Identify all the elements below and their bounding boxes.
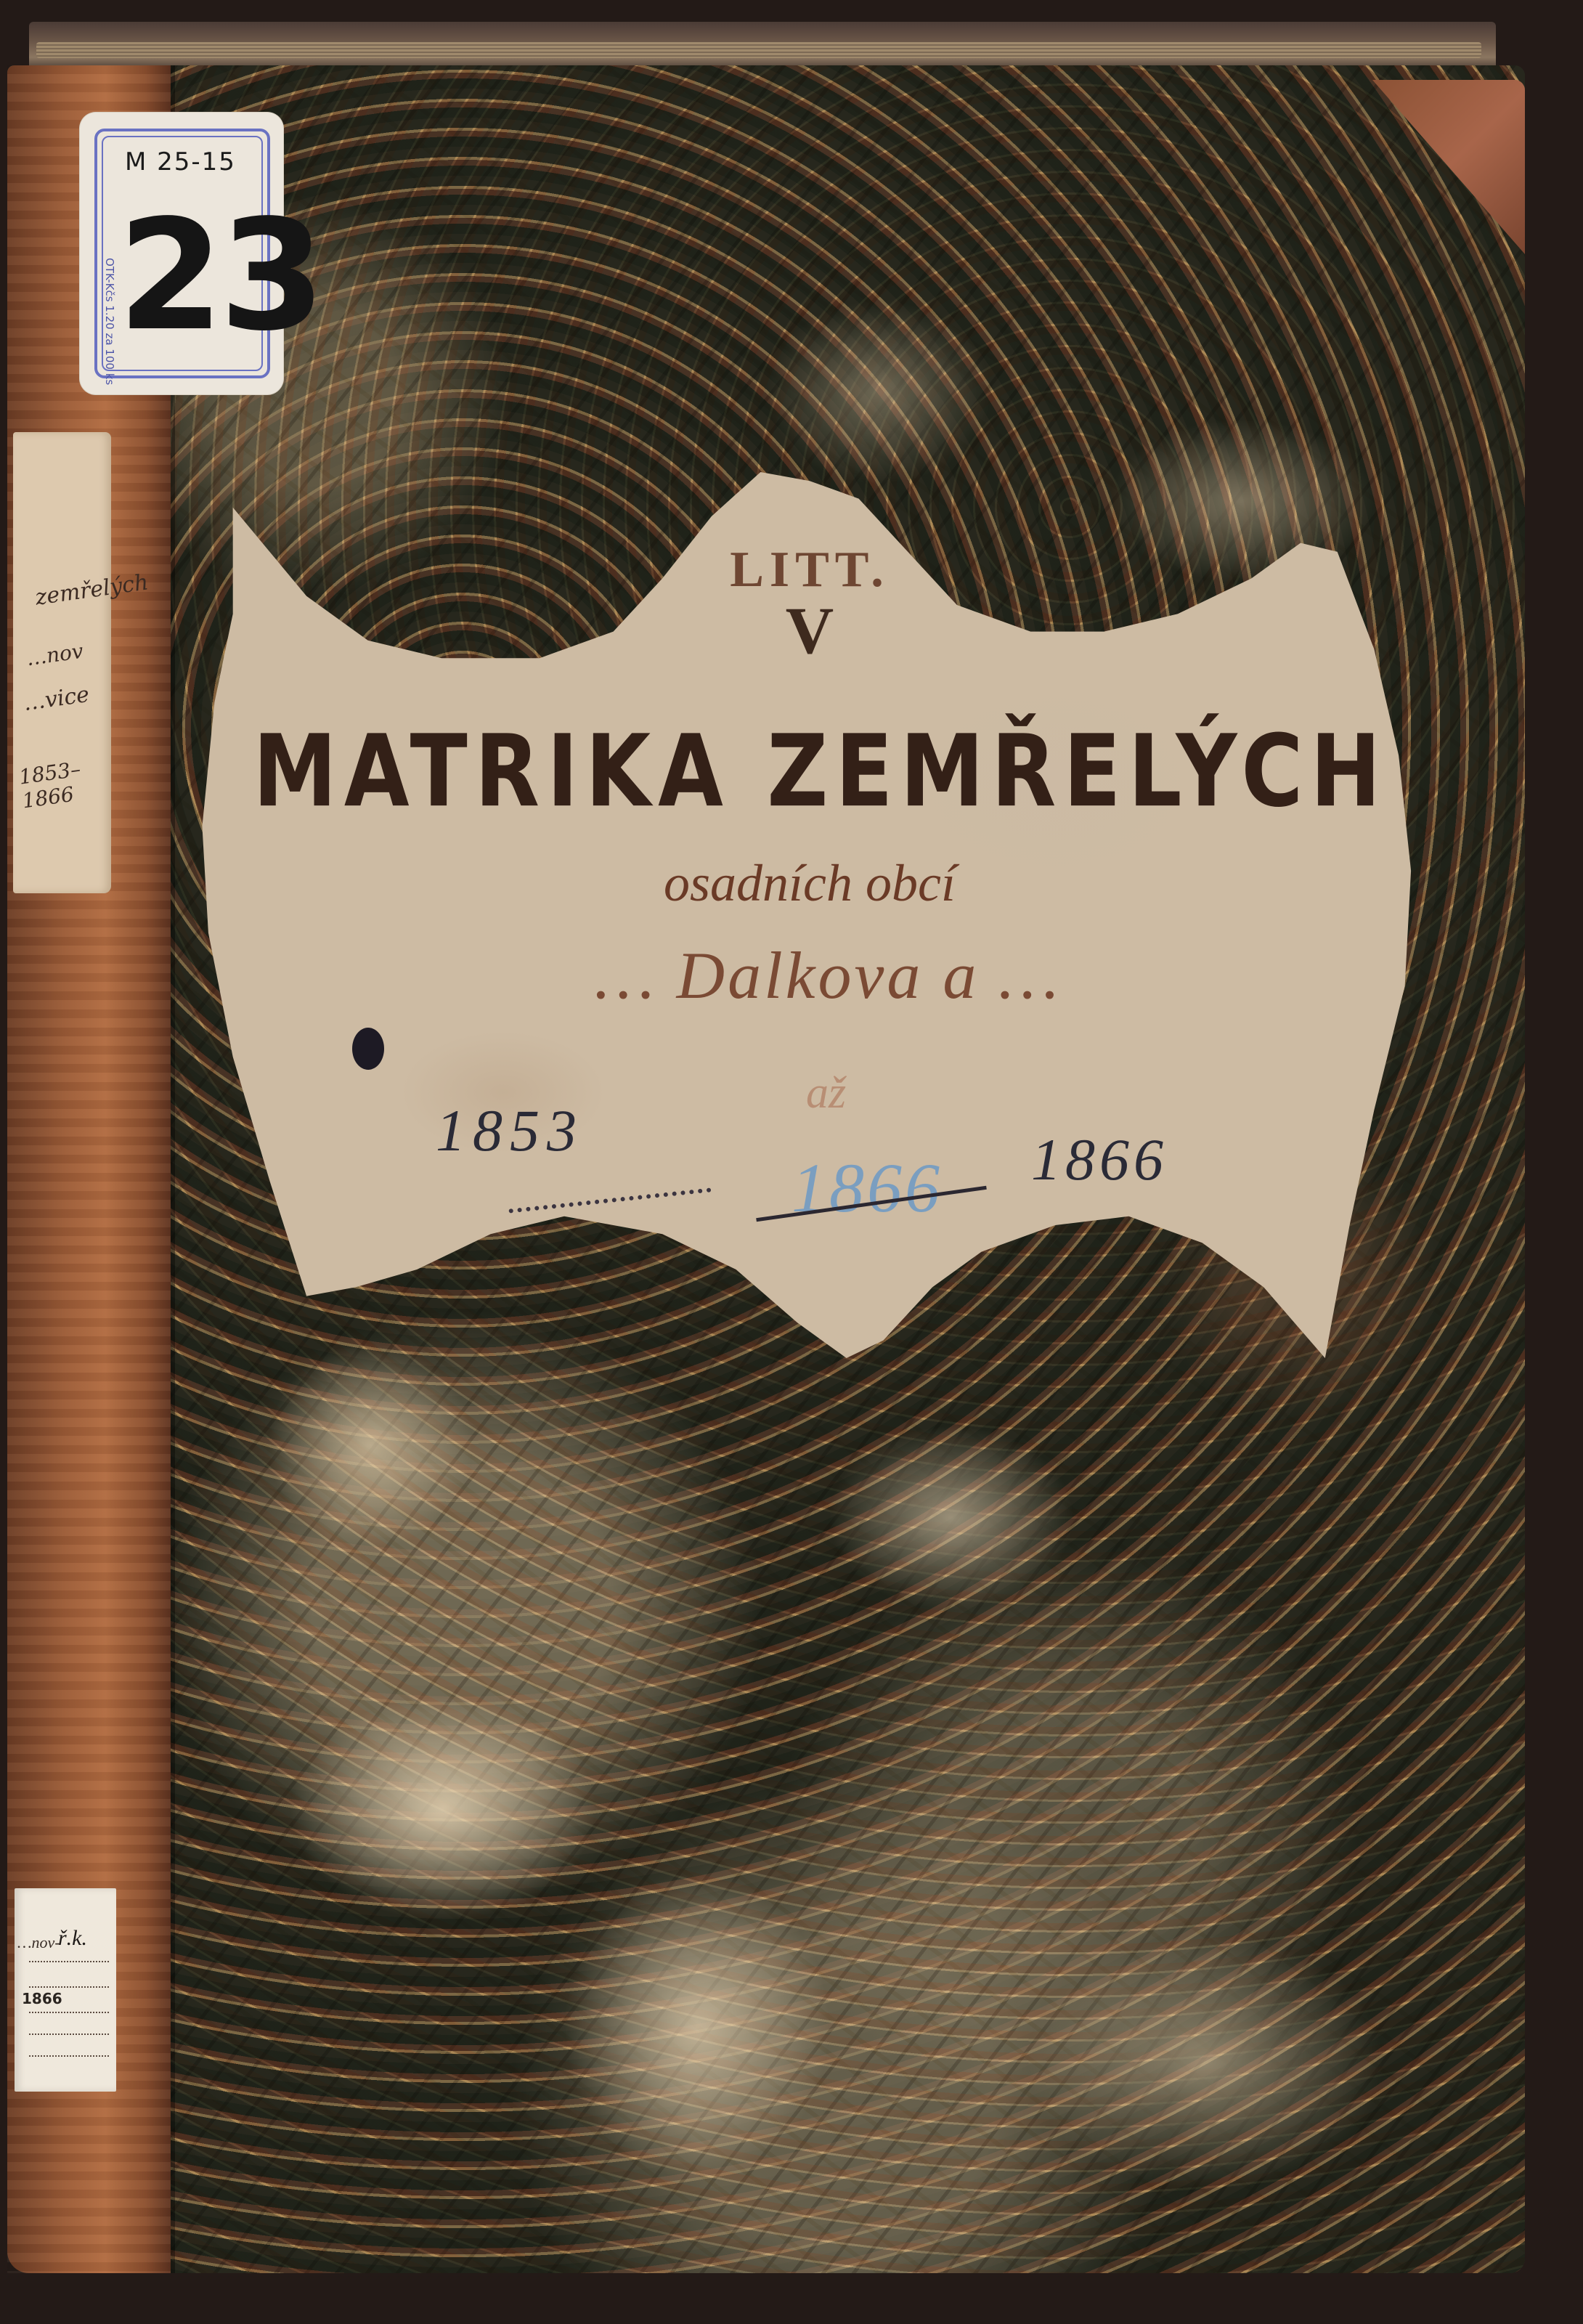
spine-label-line: …nov- (17, 1933, 60, 1952)
spine-label-line: …vice (22, 682, 91, 716)
year-to: 1866 (1031, 1126, 1168, 1194)
register-title: MATRIKA ZEMŘELÝCH (240, 714, 1401, 829)
shelf-code: M 25-15 (125, 147, 236, 176)
ink-blot (352, 1028, 384, 1070)
blue-pencil-year: 1866 (792, 1147, 943, 1228)
book-cover-scene: zemřelých …nov …vice 1853–1866 …nov- ř.k… (0, 0, 1583, 2324)
subtitle-line-1: osadních obcí (196, 853, 1423, 914)
dotted-rule (29, 1986, 109, 1988)
spine-label-line: 1866 (22, 1990, 62, 2007)
dotted-ink-line (508, 1187, 711, 1213)
archive-sticker: M 25-15 23 OTK-Kčs 1.20 za 100 ks (80, 113, 283, 394)
faint-red-annotation: až (806, 1068, 846, 1119)
volume-number: 23 (118, 182, 270, 370)
year-from: 1853 (436, 1097, 584, 1165)
spine-label-upper: zemřelých …nov …vice 1853–1866 (13, 432, 111, 893)
sticker-print-stamp: OTK-Kčs 1.20 za 100 ks (103, 258, 116, 385)
spine-label-years: 1853–1866 (17, 753, 114, 813)
dotted-rule (29, 2012, 109, 2013)
dotted-rule (29, 1961, 109, 1962)
dotted-rule (29, 2033, 109, 2035)
spine-hinge-shadow (171, 65, 175, 2273)
spine-label-lower: …nov- ř.k. 1866 (15, 1888, 116, 2092)
dotted-rule (29, 2055, 109, 2057)
spine-label-line: …nov (25, 639, 85, 671)
subtitle-line-2: … Dalkova a … (283, 937, 1372, 1014)
spine-label-line: ř.k. (58, 1926, 87, 1951)
